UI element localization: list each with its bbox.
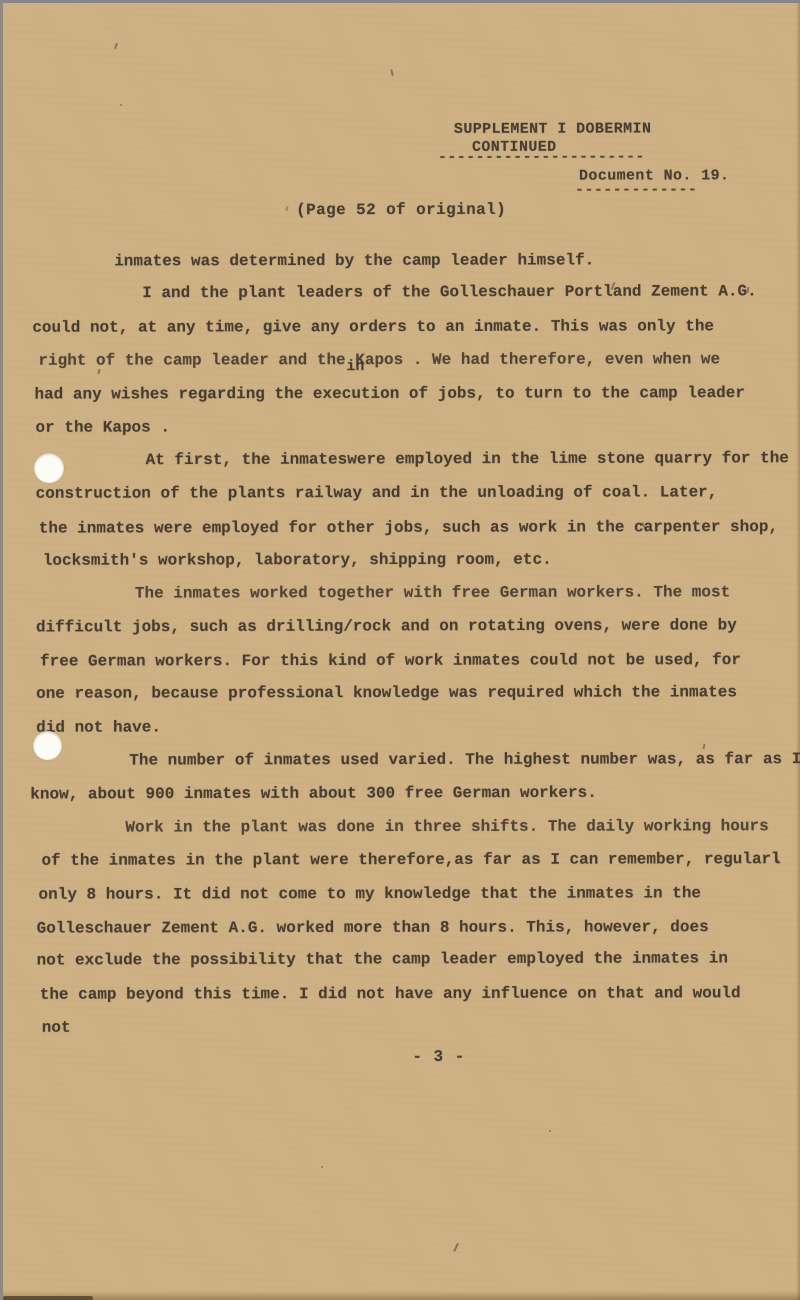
typed-text-line: free German workers. For this kind of wo… <box>3 650 800 685</box>
original-page-reference: (Page 52 of original) <box>296 201 506 219</box>
typed-text-line: the inmates were employed for other jobs… <box>3 517 800 552</box>
typed-text-line: construction of the plants railway and i… <box>3 483 800 518</box>
typed-text-line: At first, the inmateswere employed in th… <box>3 448 800 484</box>
typed-text-line: inmates was determined by the camp leade… <box>2 250 800 285</box>
document-body: inmates was determined by the camp leade… <box>2 249 800 1051</box>
typed-text-line: Golleschauer Zement A.G. worked more tha… <box>4 917 800 952</box>
paper-speck <box>120 104 122 106</box>
typed-text-line: know, about 900 inmates with about 300 f… <box>3 782 800 818</box>
document-number-underline: ------------- <box>575 181 697 198</box>
typed-text-line: did not have. <box>3 716 800 751</box>
scanned-typewritten-page: SUPPLEMENT I DOBERMIN CONTINUED --------… <box>0 0 800 1300</box>
typed-text-line: The inmates worked together with free Ge… <box>3 583 800 618</box>
typed-text-line: I and the plant leaders of the Gollescha… <box>2 282 800 318</box>
typed-text-line: not exclude the possibility that the cam… <box>4 948 800 984</box>
interlinear-insertion: in <box>346 360 364 374</box>
supplement-title: SUPPLEMENT I DOBERMIN <box>454 120 651 137</box>
typed-text-line: Work in the plant was done in three shif… <box>3 816 800 851</box>
typed-content-layer: SUPPLEMENT I DOBERMIN CONTINUED --------… <box>2 2 800 1300</box>
typed-text-line: The number of inmates used varied. The h… <box>3 749 800 784</box>
typed-text-line: right of the camp leader and the Kapos .… <box>2 349 800 384</box>
paper-speck <box>549 1130 551 1132</box>
typed-text-line: locksmith's workshop, laboratory, shippi… <box>3 549 800 584</box>
typed-text-line: the camp beyond this time. I did not hav… <box>4 983 800 1018</box>
scan-edge-right <box>796 3 800 1300</box>
typed-text-line: not <box>4 1016 800 1051</box>
punch-hole-bottom <box>33 731 62 760</box>
typed-text-line: only 8 hours. It did not come to my know… <box>3 883 800 918</box>
scan-edge-bottom <box>3 1291 800 1300</box>
typed-text-line: had any wishes regarding the execution o… <box>2 383 800 418</box>
typed-text-line: or the Kapos . <box>3 416 800 451</box>
page-number: - 3 - <box>4 1047 800 1067</box>
typed-text-line: difficult jobs, such as drilling/rock an… <box>3 615 800 651</box>
typed-text-line: one reason, because professional knowled… <box>3 683 800 718</box>
typed-text-line: could not, at any time, give any orders … <box>2 316 800 351</box>
typed-text-line: of the inmates in the plant were therefo… <box>3 849 800 884</box>
scan-edge-corner <box>3 1296 93 1300</box>
paper-speck <box>321 1166 323 1168</box>
punch-hole-top <box>34 453 64 483</box>
supplement-underline: ---------------------- <box>438 148 645 165</box>
